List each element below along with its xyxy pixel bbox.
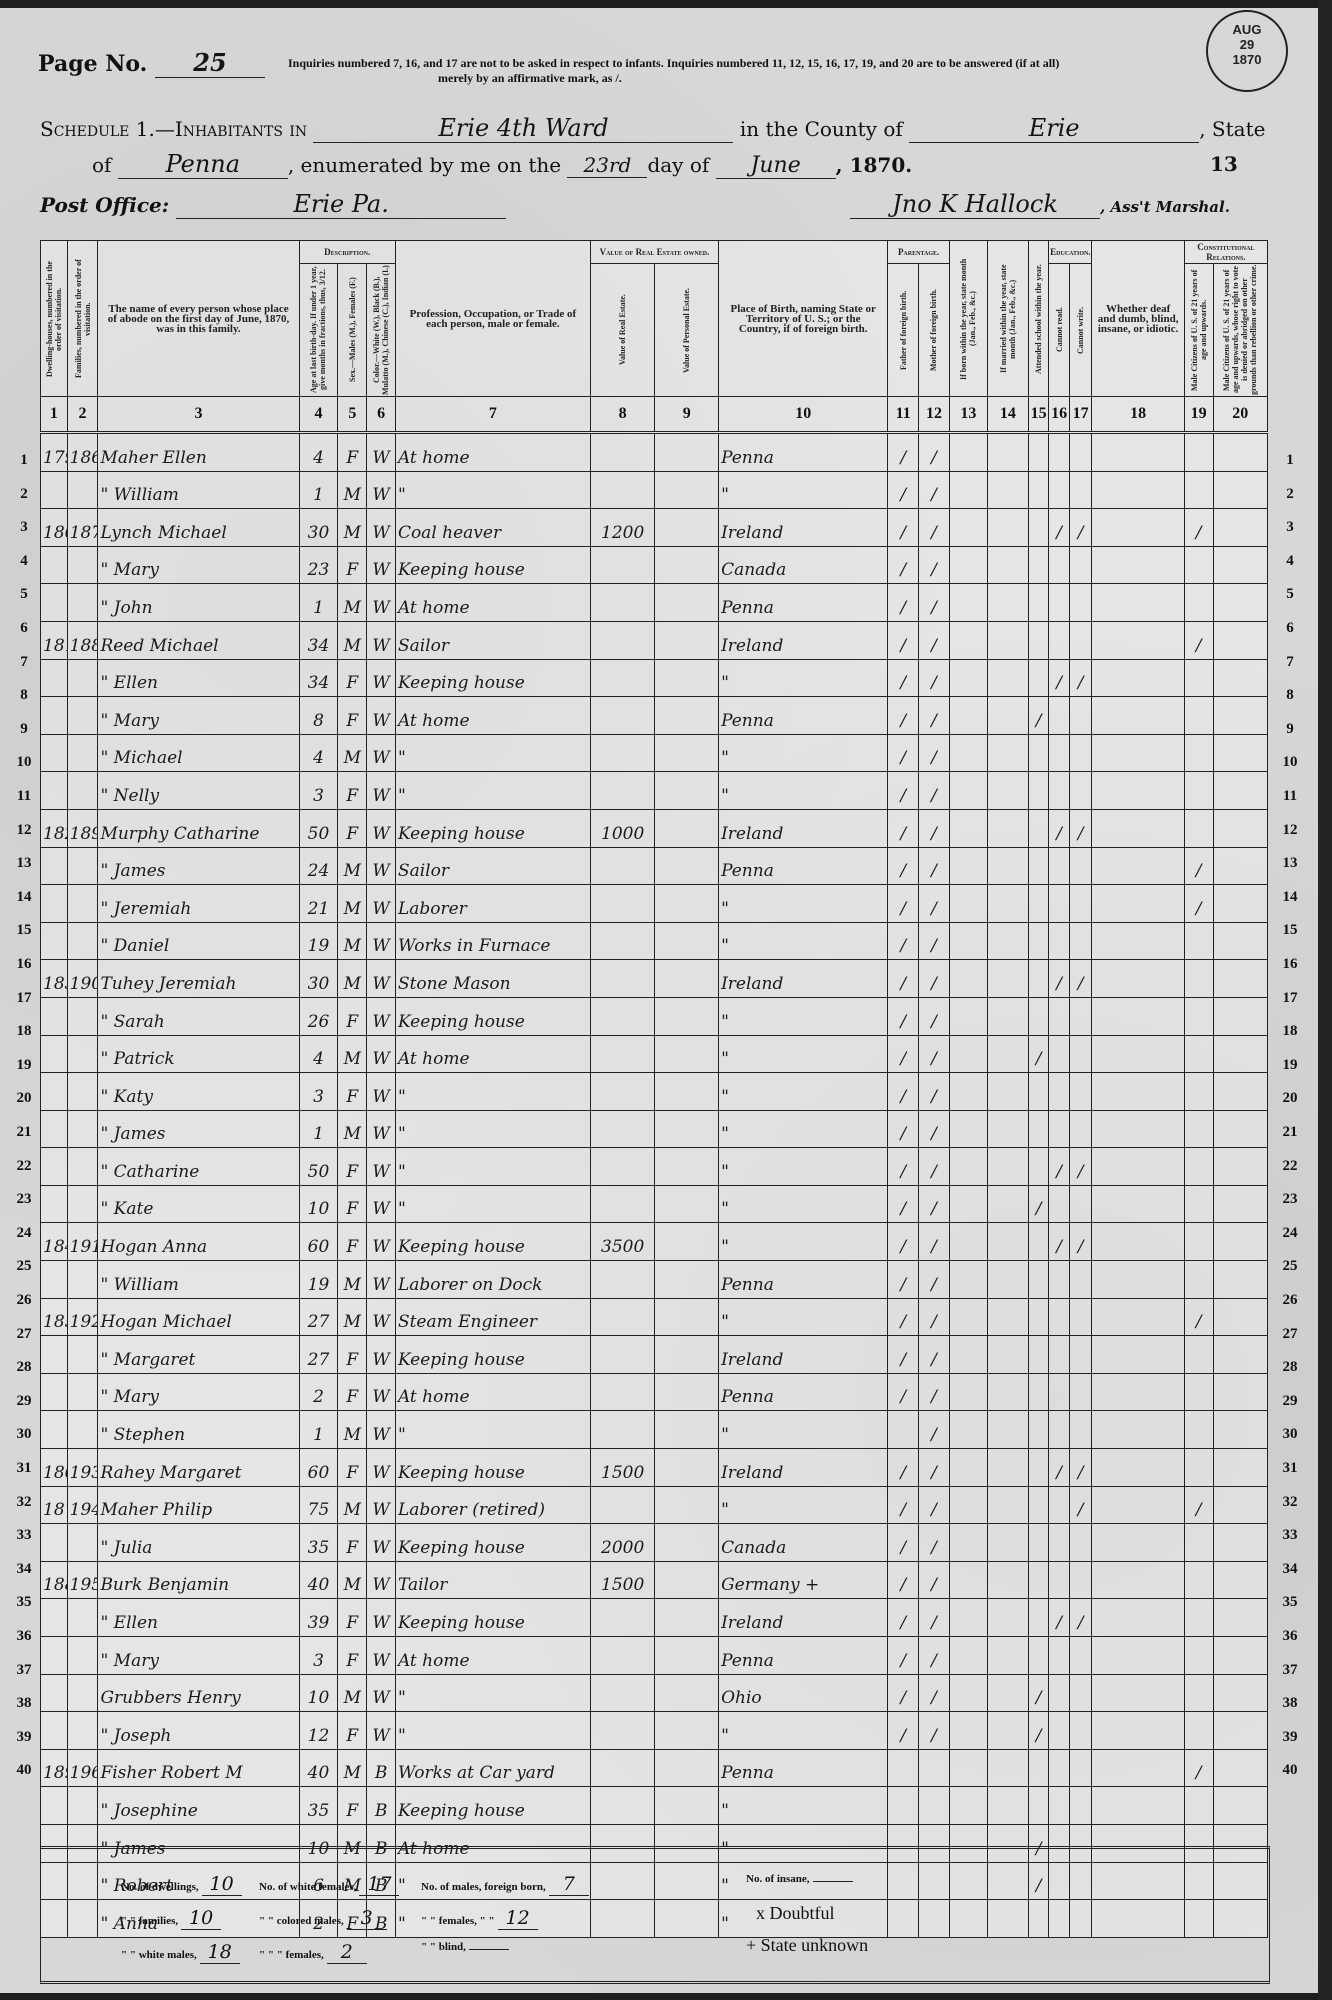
cell-color: W [367, 1637, 396, 1675]
cell-color: W [367, 1336, 396, 1374]
cell-dwelling: 180 [41, 509, 68, 547]
cell-real-estate [590, 659, 655, 697]
group-header-row: Dwelling-houses, numbered in the order o… [41, 241, 1268, 264]
cell-cannot-write [1069, 1674, 1092, 1712]
line-number: 28 [1276, 1359, 1304, 1376]
cell-cannot-read [1049, 885, 1070, 923]
cell-dwelling: 185 [41, 1298, 68, 1336]
cell-occupation: " [395, 772, 590, 810]
cell-born-month [949, 960, 987, 998]
cell-citizen: / [1184, 885, 1213, 923]
table-row: " Katy3FW""// [41, 1073, 1268, 1111]
cell-color: W [367, 1073, 396, 1111]
cell-color: B [367, 1787, 396, 1825]
cell-citizen: / [1184, 509, 1213, 547]
cell-citizen [1184, 1637, 1213, 1675]
cell-occupation: Keeping house [395, 546, 590, 584]
cell-father-foreign: / [888, 1298, 919, 1336]
cell-school [1028, 1749, 1049, 1787]
cell-citizen [1184, 1223, 1213, 1261]
cell-infirm [1092, 1373, 1184, 1411]
cell-infirm [1092, 1787, 1184, 1825]
cell-age: 30 [299, 960, 338, 998]
cell-school [1028, 1148, 1049, 1186]
cell-birthplace: " [719, 1411, 888, 1449]
cell-cannot-write [1069, 433, 1092, 472]
cell-father-foreign: / [888, 809, 919, 847]
cell-married-month [987, 471, 1028, 509]
line-number: 23 [1276, 1191, 1304, 1208]
line-number: 37 [10, 1662, 38, 1679]
cell-married-month [987, 546, 1028, 584]
line-number: 24 [1276, 1225, 1304, 1242]
cell-color: W [367, 1110, 396, 1148]
cell-dwelling: 183 [41, 960, 68, 998]
cell-denied [1213, 1599, 1268, 1637]
cell-personal-estate [655, 1787, 719, 1825]
cell-real-estate [590, 1674, 655, 1712]
cell-cannot-read [1049, 997, 1070, 1035]
cell-infirm [1092, 997, 1184, 1035]
cell-personal-estate [655, 1373, 719, 1411]
cell-personal-estate [655, 1637, 719, 1675]
cell-citizen [1184, 734, 1213, 772]
instructions: Inquiries numbered 7, 16, and 17 are not… [288, 56, 1258, 86]
cell-cannot-read [1049, 546, 1070, 584]
cell-name: " Mary [98, 697, 299, 735]
line-number: 23 [10, 1191, 38, 1208]
cell-married-month [987, 1373, 1028, 1411]
column-number-row: 1234567891011121314151617181920 [41, 397, 1268, 433]
cell-age: 19 [299, 922, 338, 960]
cell-mother-foreign [919, 1787, 950, 1825]
cell-occupation: Steam Engineer [395, 1298, 590, 1336]
cell-cannot-write [1069, 621, 1092, 659]
page-edge [1318, 0, 1332, 2000]
cell-born-month [949, 1336, 987, 1374]
cell-school [1028, 621, 1049, 659]
line-number: 13 [10, 855, 38, 872]
marshal-line: Jno K Hallock, Ass't Marshal. [850, 190, 1230, 219]
cell-occupation: " [395, 1073, 590, 1111]
cell-infirm [1092, 659, 1184, 697]
cell-age: 4 [299, 433, 338, 472]
line-number: 25 [10, 1258, 38, 1275]
cell-denied [1213, 621, 1268, 659]
cell-sex: M [338, 1298, 367, 1336]
cell-cannot-read: / [1049, 960, 1070, 998]
cell-citizen [1184, 433, 1213, 472]
cell-color: W [367, 885, 396, 923]
cell-sex: M [338, 1674, 367, 1712]
cell-age: 40 [299, 1749, 338, 1787]
cell-name: " Daniel [98, 922, 299, 960]
cell-cannot-write [1069, 1110, 1092, 1148]
cell-infirm [1092, 960, 1184, 998]
cell-cannot-write [1069, 546, 1092, 584]
cell-personal-estate [655, 1261, 719, 1299]
cell-age: 24 [299, 847, 338, 885]
cell-citizen [1184, 697, 1213, 735]
cell-infirm [1092, 1261, 1184, 1299]
line-number: 36 [10, 1628, 38, 1645]
cell-cannot-read [1049, 1373, 1070, 1411]
line-number: 39 [10, 1729, 38, 1746]
state-field: Penna [118, 150, 288, 179]
cell-cannot-read [1049, 1336, 1070, 1374]
cell-born-month [949, 1110, 987, 1148]
cell-born-month [949, 1524, 987, 1562]
cell-name: Rahey Margaret [98, 1449, 299, 1487]
cell-real-estate [590, 960, 655, 998]
cell-occupation: Keeping house [395, 1449, 590, 1487]
cell-family [67, 546, 98, 584]
day-field: 23rd [567, 153, 647, 178]
cell-name: " Jeremiah [98, 885, 299, 923]
cell-color: B [367, 1749, 396, 1787]
page-number-label: Page No. 25 [38, 48, 265, 78]
cell-occupation: Keeping house [395, 1599, 590, 1637]
cell-school [1028, 1261, 1049, 1299]
cell-personal-estate [655, 1035, 719, 1073]
cell-birthplace: " [719, 1298, 888, 1336]
cell-personal-estate [655, 1599, 719, 1637]
cell-sex: F [338, 1787, 367, 1825]
summary-foreign-males: No. of males, foreign born,7 [421, 1873, 592, 1896]
cell-birthplace: Ireland [719, 1599, 888, 1637]
cell-personal-estate [655, 621, 719, 659]
cell-occupation: At home [395, 697, 590, 735]
cell-real-estate [590, 1787, 655, 1825]
cell-father-foreign: / [888, 1712, 919, 1750]
cell-married-month [987, 734, 1028, 772]
cell-infirm [1092, 1185, 1184, 1223]
table-row: " Julia35FWKeeping house2000Canada// [41, 1524, 1268, 1562]
cell-color: W [367, 1486, 396, 1524]
note-doubtful: x Doubtful [756, 1903, 835, 1924]
cell-name: Maher Ellen [98, 433, 299, 472]
cell-denied [1213, 1336, 1268, 1374]
cell-mother-foreign: / [919, 433, 950, 472]
cell-age: 27 [299, 1298, 338, 1336]
cell-denied [1213, 659, 1268, 697]
table-row: " Ellen39FWKeeping houseIreland//// [41, 1599, 1268, 1637]
cell-married-month [987, 1148, 1028, 1186]
line-number: 33 [10, 1527, 38, 1544]
cell-infirm [1092, 1561, 1184, 1599]
cell-occupation: " [395, 1148, 590, 1186]
cell-infirm [1092, 922, 1184, 960]
line-number: 17 [1276, 990, 1304, 1007]
cell-sex: M [338, 922, 367, 960]
cell-infirm [1092, 1411, 1184, 1449]
cell-sex: F [338, 1449, 367, 1487]
line-number: 6 [10, 620, 38, 637]
cell-sex: F [338, 433, 367, 472]
cell-school [1028, 1561, 1049, 1599]
cell-cannot-read [1049, 1787, 1070, 1825]
cell-denied [1213, 809, 1268, 847]
cell-cannot-read [1049, 922, 1070, 960]
cell-color: W [367, 1599, 396, 1637]
cell-father-foreign [888, 1749, 919, 1787]
cell-name: " Margaret [98, 1336, 299, 1374]
cell-name: " Nelly [98, 772, 299, 810]
cell-name: Grubbers Henry [98, 1674, 299, 1712]
cell-sex: M [338, 885, 367, 923]
line-number: 2 [10, 486, 38, 503]
cell-married-month [987, 997, 1028, 1035]
line-number: 20 [10, 1090, 38, 1107]
cell-father-foreign: / [888, 1373, 919, 1411]
cell-school [1028, 1524, 1049, 1562]
cell-sex: M [338, 621, 367, 659]
cell-personal-estate [655, 546, 719, 584]
line-number: 11 [10, 788, 38, 805]
cell-married-month [987, 1637, 1028, 1675]
cell-family: 196 [67, 1749, 98, 1787]
cell-family [67, 697, 98, 735]
cell-cannot-write [1069, 697, 1092, 735]
cell-family [67, 997, 98, 1035]
cell-birthplace: Canada [719, 546, 888, 584]
cell-married-month [987, 1336, 1028, 1374]
cell-denied [1213, 885, 1268, 923]
line-number: 29 [10, 1393, 38, 1410]
cell-father-foreign: / [888, 1148, 919, 1186]
cell-dwelling: 188 [41, 1561, 68, 1599]
cell-age: 27 [299, 1336, 338, 1374]
cell-married-month [987, 1599, 1028, 1637]
cell-real-estate [590, 1110, 655, 1148]
cell-father-foreign: / [888, 1449, 919, 1487]
line-number: 35 [1276, 1594, 1304, 1611]
cell-school [1028, 1486, 1049, 1524]
enumeration-line: of Penna, enumerated by me on the 23rdda… [92, 150, 912, 179]
cell-father-foreign: / [888, 885, 919, 923]
cell-family: 194 [67, 1486, 98, 1524]
cell-school [1028, 1298, 1049, 1336]
cell-cannot-read [1049, 1486, 1070, 1524]
cell-cannot-write [1069, 1373, 1092, 1411]
cell-married-month [987, 922, 1028, 960]
cell-cannot-read [1049, 1261, 1070, 1299]
cell-real-estate [590, 1336, 655, 1374]
cell-personal-estate [655, 1223, 719, 1261]
line-number: 38 [1276, 1695, 1304, 1712]
cell-school [1028, 1637, 1049, 1675]
cell-father-foreign: / [888, 772, 919, 810]
cell-family: 190 [67, 960, 98, 998]
cell-name: " John [98, 584, 299, 622]
cell-name: " Mary [98, 1373, 299, 1411]
cell-cannot-read [1049, 1298, 1070, 1336]
cell-father-foreign: / [888, 546, 919, 584]
cell-infirm [1092, 734, 1184, 772]
cell-mother-foreign: / [919, 809, 950, 847]
cell-sex: M [338, 584, 367, 622]
cell-sex: M [338, 847, 367, 885]
cell-cannot-write [1069, 584, 1092, 622]
cell-real-estate [590, 471, 655, 509]
cell-mother-foreign: / [919, 1561, 950, 1599]
cell-birthplace: Canada [719, 1524, 888, 1562]
cell-denied [1213, 1298, 1268, 1336]
cell-father-foreign: / [888, 1223, 919, 1261]
line-number: 26 [1276, 1292, 1304, 1309]
line-number: 20 [1276, 1090, 1304, 1107]
cell-cannot-write [1069, 1411, 1092, 1449]
cell-dwelling [41, 1373, 68, 1411]
line-number: 30 [1276, 1426, 1304, 1443]
cell-color: W [367, 1035, 396, 1073]
cell-citizen [1184, 659, 1213, 697]
cell-sex: F [338, 809, 367, 847]
table-row: " Josephine35FBKeeping house" [41, 1787, 1268, 1825]
cell-birthplace: Ireland [719, 1336, 888, 1374]
cell-color: W [367, 621, 396, 659]
cell-dwelling [41, 1787, 68, 1825]
cell-infirm [1092, 1148, 1184, 1186]
cell-family [67, 772, 98, 810]
cell-mother-foreign: / [919, 1336, 950, 1374]
cell-occupation: " [395, 471, 590, 509]
line-number: 22 [1276, 1158, 1304, 1175]
cell-married-month [987, 659, 1028, 697]
cell-married-month [987, 1073, 1028, 1111]
cell-sex: M [338, 1110, 367, 1148]
cell-married-month [987, 1223, 1028, 1261]
cell-birthplace: Penna [719, 847, 888, 885]
cell-personal-estate [655, 1298, 719, 1336]
cell-real-estate [590, 1749, 655, 1787]
cell-cannot-read [1049, 1561, 1070, 1599]
cell-birthplace: " [719, 1035, 888, 1073]
line-number: 14 [1276, 889, 1304, 906]
cell-name: Fisher Robert M [98, 1749, 299, 1787]
cell-mother-foreign: / [919, 922, 950, 960]
cell-school [1028, 1110, 1049, 1148]
cell-name: " Mary [98, 546, 299, 584]
cell-real-estate [590, 1261, 655, 1299]
cell-name: " Patrick [98, 1035, 299, 1073]
line-number: 7 [10, 654, 38, 671]
line-number: 9 [10, 721, 38, 738]
cell-school [1028, 960, 1049, 998]
cell-father-foreign: / [888, 960, 919, 998]
cell-denied [1213, 1373, 1268, 1411]
cell-family [67, 1712, 98, 1750]
cell-denied [1213, 433, 1268, 472]
cell-age: 30 [299, 509, 338, 547]
cell-cannot-write [1069, 1336, 1092, 1374]
cell-citizen [1184, 1148, 1213, 1186]
line-number: 2 [1276, 486, 1304, 503]
cell-color: W [367, 1223, 396, 1261]
line-number: 28 [10, 1359, 38, 1376]
line-number: 16 [1276, 956, 1304, 973]
cell-mother-foreign: / [919, 1599, 950, 1637]
note-state-unknown: + State unknown [746, 1935, 868, 1956]
cell-family: 187 [67, 509, 98, 547]
cell-denied [1213, 1637, 1268, 1675]
cell-dwelling: 181 [41, 621, 68, 659]
line-number: 11 [1276, 788, 1304, 805]
cell-mother-foreign: / [919, 621, 950, 659]
cell-father-foreign: / [888, 1674, 919, 1712]
cell-personal-estate [655, 1110, 719, 1148]
table-row: " James1MW""// [41, 1110, 1268, 1148]
cell-father-foreign: / [888, 509, 919, 547]
cell-occupation: Laborer [395, 885, 590, 923]
cell-real-estate [590, 997, 655, 1035]
cell-father-foreign: / [888, 1336, 919, 1374]
cell-age: 34 [299, 621, 338, 659]
cell-school [1028, 809, 1049, 847]
cell-color: W [367, 1449, 396, 1487]
cell-personal-estate [655, 433, 719, 472]
cell-name: " James [98, 1110, 299, 1148]
cell-married-month [987, 847, 1028, 885]
cell-mother-foreign [919, 1749, 950, 1787]
cell-birthplace: Germany + [719, 1561, 888, 1599]
cell-father-foreign: / [888, 1637, 919, 1675]
cell-school [1028, 584, 1049, 622]
cell-infirm [1092, 546, 1184, 584]
table-row: 188195Burk Benjamin40MWTailor1500Germany… [41, 1561, 1268, 1599]
cell-mother-foreign: / [919, 734, 950, 772]
cell-name: " James [98, 847, 299, 885]
cell-infirm [1092, 1449, 1184, 1487]
summary-blind: " " blind, [421, 1941, 512, 1953]
cell-school: / [1028, 697, 1049, 735]
cell-occupation: Works in Furnace [395, 922, 590, 960]
cell-sex: F [338, 659, 367, 697]
cell-age: 19 [299, 1261, 338, 1299]
table-row: " William1MW""// [41, 471, 1268, 509]
cell-cannot-read [1049, 734, 1070, 772]
cell-denied [1213, 772, 1268, 810]
table-row: 179186Maher Ellen4FWAt homePenna// [41, 433, 1268, 472]
cell-infirm [1092, 809, 1184, 847]
cell-infirm [1092, 1298, 1184, 1336]
cell-cannot-write [1069, 847, 1092, 885]
cell-citizen [1184, 960, 1213, 998]
cell-real-estate [590, 621, 655, 659]
cell-birthplace: " [719, 1073, 888, 1111]
cell-cannot-write [1069, 997, 1092, 1035]
cell-color: W [367, 1185, 396, 1223]
cell-denied [1213, 1185, 1268, 1223]
summary-foreign-females: " " females, " "12 [421, 1907, 541, 1930]
cell-denied [1213, 1261, 1268, 1299]
cell-name: " William [98, 1261, 299, 1299]
cell-school [1028, 1373, 1049, 1411]
cell-age: 26 [299, 997, 338, 1035]
cell-sex: M [338, 1749, 367, 1787]
cell-real-estate [590, 1486, 655, 1524]
cell-infirm [1092, 1749, 1184, 1787]
cell-name: " Julia [98, 1524, 299, 1562]
cell-married-month [987, 1035, 1028, 1073]
table-row: 187194Maher Philip75MWLaborer (retired)"… [41, 1486, 1268, 1524]
cell-occupation: " [395, 1411, 590, 1449]
line-number: 19 [10, 1057, 38, 1074]
cell-dwelling [41, 1411, 68, 1449]
cell-age: 39 [299, 1599, 338, 1637]
cell-school [1028, 1336, 1049, 1374]
cell-dwelling [41, 1674, 68, 1712]
